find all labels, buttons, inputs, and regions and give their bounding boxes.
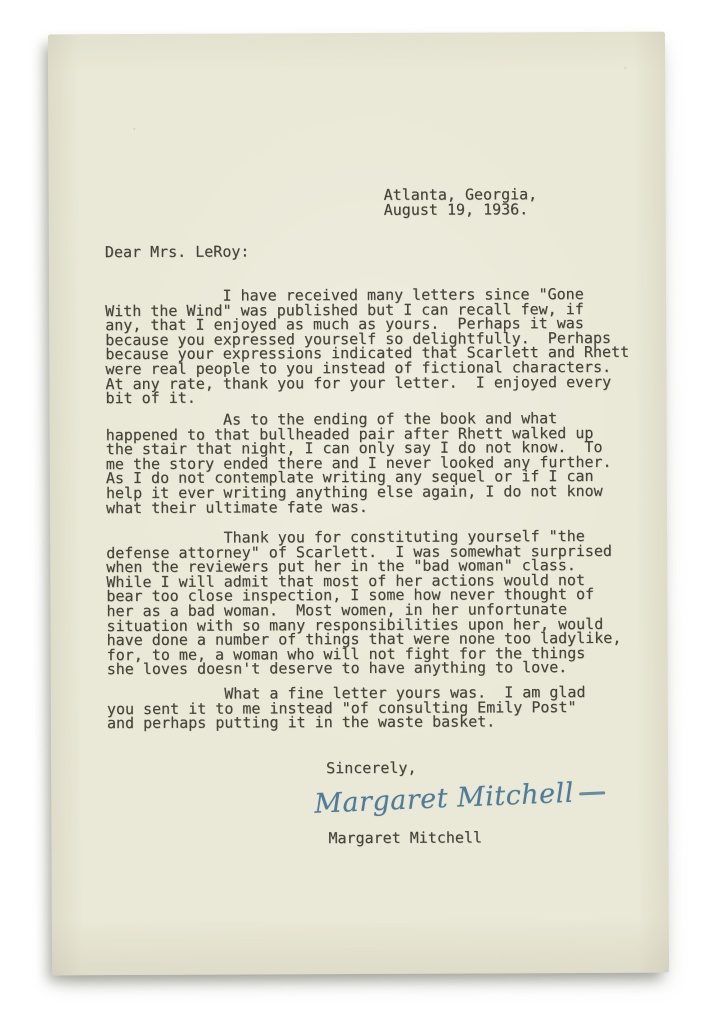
letter-line: what their ultimate fate was. xyxy=(106,498,612,515)
salutation: Dear Mrs. LeRoy: xyxy=(105,244,250,259)
paragraph-4: What a fine letter yours was. I am glady… xyxy=(107,685,586,731)
letter-line: August 19, 1936. xyxy=(384,202,538,217)
paragraph-3: Thank you for constituting yourself "the… xyxy=(106,529,621,677)
closing-sincerely: Sincerely, xyxy=(326,761,416,776)
handwritten-signature: Margaret Mitchell xyxy=(314,775,606,821)
letter-line: and perhaps putting it in the waste bask… xyxy=(107,714,586,731)
signature-flourish xyxy=(579,791,605,795)
dateline: Atlanta, Georgia,August 19, 1936. xyxy=(384,187,538,217)
paragraph-1: I have received many letters since "Gone… xyxy=(105,287,629,406)
paragraph-2: As to the ending of the book and whathap… xyxy=(106,411,612,515)
letter-line: she loves doesn't deserve to have anythi… xyxy=(107,660,622,677)
letter-paper: Atlanta, Georgia,August 19, 1936. Dear M… xyxy=(48,32,669,976)
letter-photo-background: Atlanta, Georgia,August 19, 1936. Dear M… xyxy=(0,0,707,1024)
typed-signature: Margaret Mitchell xyxy=(328,830,482,845)
handwritten-signature-text: Margaret Mitchell xyxy=(314,778,575,820)
